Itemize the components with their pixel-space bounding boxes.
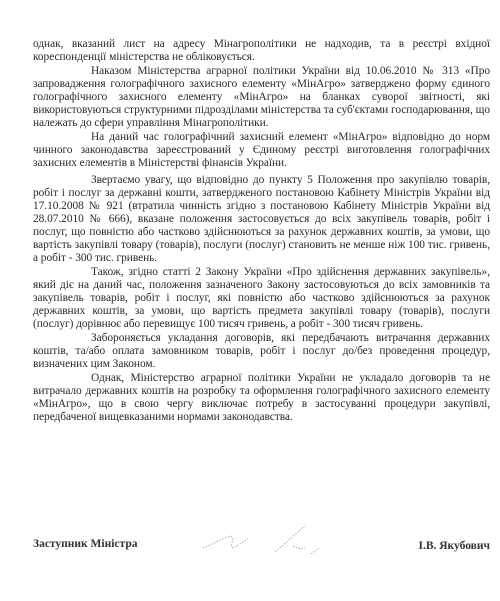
signatory-name: І.В. Якубович [418,540,490,552]
letter-body: однак, вказаний лист на адресу Мінагропо… [33,38,490,424]
paragraph-4: Звертаємо увагу, що відповідно до пункту… [33,174,490,265]
paragraph-3: На даний час голографічний захисний елем… [33,131,490,170]
paragraph-2: Наказом Міністерства аграрної політики У… [33,65,490,130]
signatory-title: Заступник Міністра [33,538,137,550]
paragraph-6: Забороняється укладання договорів, які п… [33,332,490,371]
signature-block: Заступник Міністра І.В. Якубович [33,538,490,558]
paragraph-7: Однак, Міністерство аграрної політики Ук… [33,372,490,424]
paragraph-1: однак, вказаний лист на адресу Мінагропо… [33,38,490,64]
handwritten-signature-icon [183,524,383,558]
paragraph-5: Також, згідно статті 2 Закону України «П… [33,266,490,331]
